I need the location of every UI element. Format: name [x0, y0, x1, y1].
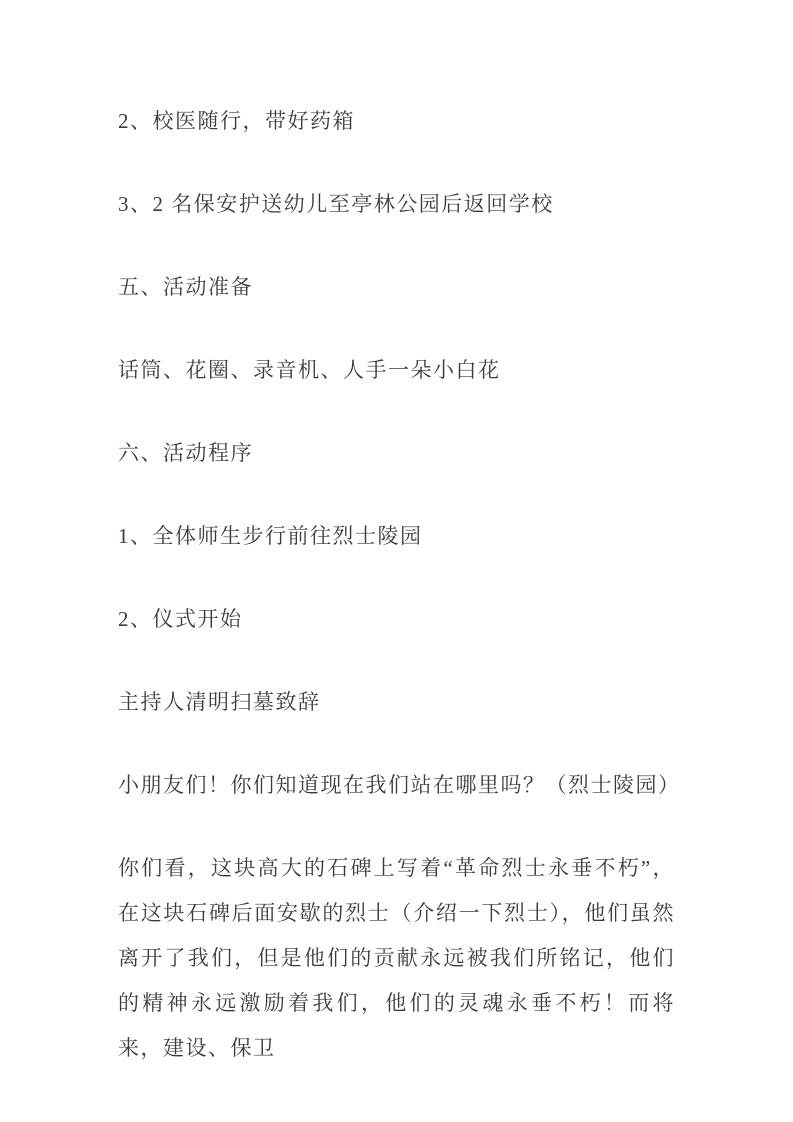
doc-body-paragraph: 你们看，这块高大的石碑上写着“革命烈士永垂不朽”，在这块石碑后面安歇的烈士（介绍…	[118, 846, 675, 1071]
doc-paragraph: 小朋友们！你们知道现在我们站在哪里吗？（烈士陵园）	[118, 763, 675, 808]
doc-section-heading: 六、活动程序	[118, 431, 675, 476]
doc-paragraph: 2、仪式开始	[118, 597, 675, 642]
document-text-block: 2、校医随行，带好药箱 3、2 名保安护送幼儿至亭林公园后返回学校 五、活动准备…	[118, 99, 675, 1071]
doc-paragraph: 主持人清明扫墓致辞	[118, 680, 675, 725]
doc-paragraph: 1、全体师生步行前往烈士陵园	[118, 514, 675, 559]
doc-paragraph: 3、2 名保安护送幼儿至亭林公园后返回学校	[118, 182, 675, 227]
doc-paragraph: 2、校医随行，带好药箱	[118, 99, 675, 144]
doc-paragraph: 话筒、花圈、录音机、人手一朵小白花	[118, 348, 675, 393]
doc-section-heading: 五、活动准备	[118, 265, 675, 310]
document-page: 2、校医随行，带好药箱 3、2 名保安护送幼儿至亭林公园后返回学校 五、活动准备…	[0, 0, 793, 1122]
